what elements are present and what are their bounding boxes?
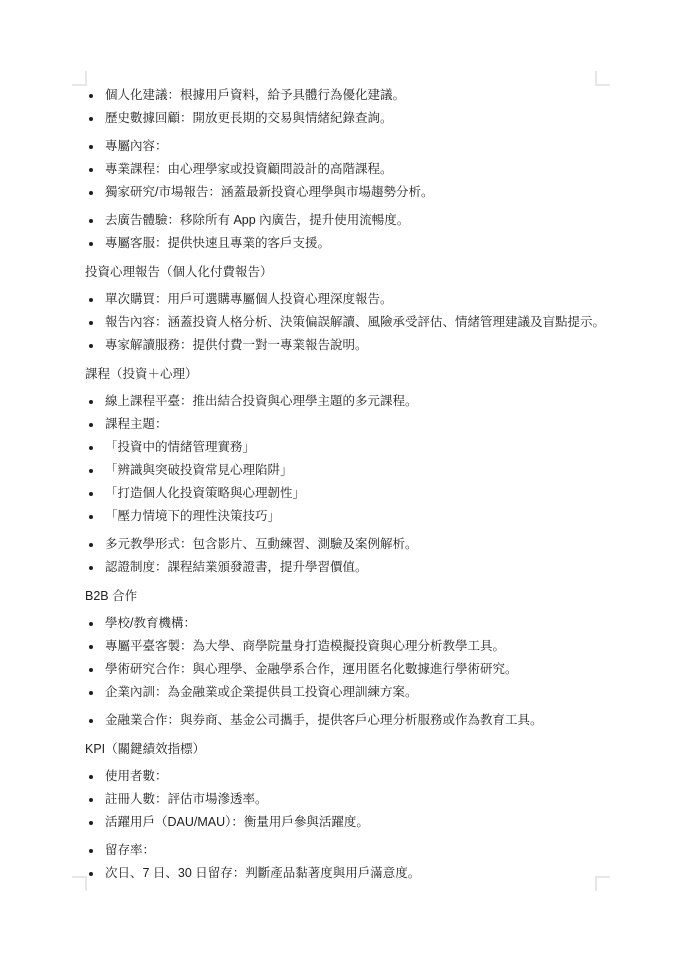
list-item-text: 專屬客服：提供快速且專業的客戶支援。: [105, 232, 330, 255]
crop-mark-bottom-right-icon: [595, 876, 610, 891]
list-item-text: 專屬內容：: [105, 135, 168, 158]
list-item: 學校/教育機構：: [85, 612, 597, 635]
bullet-icon: [89, 543, 93, 547]
list-item: 「投資中的情緒管理實務」: [85, 436, 597, 459]
list-item-text: 認證制度：課程結業頒發證書，提升學習價值。: [105, 556, 368, 579]
bullet-icon: [89, 145, 93, 149]
bullet-icon: [89, 719, 93, 723]
bullet-icon: [89, 515, 93, 519]
section-heading: KPI（關鍵績效指標）: [85, 738, 597, 761]
list-item-text: 專家解讀服務：提供付費一對一專業報告說明。: [105, 334, 368, 357]
list-item-text: 活躍用戶（DAU/MAU）：衡量用戶參與活躍度。: [105, 811, 369, 834]
list-item-text: 報告內容：涵蓋投資人格分析、決策偏誤解讀、風險承受評估、情緒管理建議及盲點提示。: [105, 311, 605, 334]
crop-mark-top-right-icon: [595, 71, 610, 86]
bullet-icon: [89, 400, 93, 404]
list-item: 報告內容：涵蓋投資人格分析、決策偏誤解讀、風險承受評估、情緒管理建議及盲點提示。: [85, 311, 597, 334]
list-item-text: 獨家研究/市場報告：涵蓋最新投資心理學與市場趨勢分析。: [105, 181, 433, 204]
list-item: 線上課程平臺：推出結合投資與心理學主題的多元課程。: [85, 390, 597, 413]
bullet-icon: [89, 775, 93, 779]
list-item-text: 多元教學形式：包含影片、互動練習、測驗及案例解析。: [105, 533, 418, 556]
document-content: 個人化建議：根據用戶資料，給予具體行為優化建議。歷史數據回顧：開放更長期的交易與…: [85, 84, 597, 885]
bullet-icon: [89, 117, 93, 121]
bullet-group: 學校/教育機構：專屬平臺客製：為大學、商學院量身打造模擬投資與心理分析教學工具。…: [85, 612, 597, 704]
bullet-icon: [89, 298, 93, 302]
list-item: 歷史數據回顧：開放更長期的交易與情緒紀錄查詢。: [85, 107, 597, 130]
list-item-text: 「投資中的情緒管理實務」: [105, 436, 255, 459]
bullet-icon: [89, 849, 93, 853]
bullet-icon: [89, 219, 93, 223]
list-item: 「辨識與突破投資常見心理陷阱」: [85, 459, 597, 482]
document-section: 課程（投資＋心理）線上課程平臺：推出結合投資與心理學主題的多元課程。課程主題：「…: [85, 363, 597, 579]
bullet-icon: [89, 321, 93, 325]
bullet-icon: [89, 168, 93, 172]
list-item-text: 留存率：: [105, 839, 155, 862]
list-item-text: 線上課程平臺：推出結合投資與心理學主題的多元課程。: [105, 390, 418, 413]
list-item: 「壓力情境下的理性決策技巧」: [85, 505, 597, 528]
document-section: 投資心理報告（個人化付費報告）單次購買：用戶可選購專屬個人投資心理深度報告。報告…: [85, 261, 597, 357]
list-item: 企業內訓：為金融業或企業提供員工投資心理訓練方案。: [85, 681, 597, 704]
list-item: 註冊人數：評估市場滲透率。: [85, 788, 597, 811]
list-item-text: 金融業合作：與券商、基金公司攜手，提供客戶心理分析服務或作為教育工具。: [105, 709, 543, 732]
bullet-group: 金融業合作：與券商、基金公司攜手，提供客戶心理分析服務或作為教育工具。: [85, 709, 597, 732]
list-item-text: 「打造個人化投資策略與心理韌性」: [105, 482, 305, 505]
list-item-text: 去廣告體驗：移除所有 App 內廣告，提升使用流暢度。: [105, 209, 409, 232]
list-item: 次日、7 日、30 日留存：判斷產品黏著度與用戶滿意度。: [85, 862, 597, 885]
bullet-group: 線上課程平臺：推出結合投資與心理學主題的多元課程。課程主題：「投資中的情緒管理實…: [85, 390, 597, 528]
document-page: 個人化建議：根據用戶資料，給予具體行為優化建議。歷史數據回顧：開放更長期的交易與…: [0, 0, 679, 960]
list-item-text: 歷史數據回顧：開放更長期的交易與情緒紀錄查詢。: [105, 107, 393, 130]
list-item: 專屬客服：提供快速且專業的客戶支援。: [85, 232, 597, 255]
bullet-group: 專屬內容：專業課程：由心理學家或投資顧問設計的高階課程。獨家研究/市場報告：涵蓋…: [85, 135, 597, 204]
list-item-text: 註冊人數：評估市場滲透率。: [105, 788, 268, 811]
list-item-text: 單次購買：用戶可選購專屬個人投資心理深度報告。: [105, 288, 393, 311]
bullet-icon: [89, 492, 93, 496]
list-item-text: 個人化建議：根據用戶資料，給予具體行為優化建議。: [105, 84, 405, 107]
bullet-icon: [89, 668, 93, 672]
list-item: 多元教學形式：包含影片、互動練習、測驗及案例解析。: [85, 533, 597, 556]
bullet-group: 單次購買：用戶可選購專屬個人投資心理深度報告。報告內容：涵蓋投資人格分析、決策偏…: [85, 288, 597, 357]
bullet-icon: [89, 94, 93, 98]
bullet-group: 使用者數：註冊人數：評估市場滲透率。活躍用戶（DAU/MAU）：衡量用戶參與活躍…: [85, 765, 597, 834]
list-item: 認證制度：課程結業頒發證書，提升學習價值。: [85, 556, 597, 579]
list-item-text: 專業課程：由心理學家或投資顧問設計的高階課程。: [105, 158, 393, 181]
bullet-icon: [89, 344, 93, 348]
section-heading: 課程（投資＋心理）: [85, 363, 597, 386]
list-item: 專家解讀服務：提供付費一對一專業報告說明。: [85, 334, 597, 357]
bullet-group: 去廣告體驗：移除所有 App 內廣告，提升使用流暢度。專屬客服：提供快速且專業的…: [85, 209, 597, 255]
section-heading: B2B 合作: [85, 585, 597, 608]
list-item: 個人化建議：根據用戶資料，給予具體行為優化建議。: [85, 84, 597, 107]
list-item-text: 企業內訓：為金融業或企業提供員工投資心理訓練方案。: [105, 681, 418, 704]
list-item: 留存率：: [85, 839, 597, 862]
bullet-icon: [89, 191, 93, 195]
bullet-icon: [89, 566, 93, 570]
list-item-text: 「辨識與突破投資常見心理陷阱」: [105, 459, 293, 482]
bullet-icon: [89, 798, 93, 802]
list-item-text: 課程主題：: [105, 413, 168, 436]
list-item: 專業課程：由心理學家或投資顧問設計的高階課程。: [85, 158, 597, 181]
list-item: 去廣告體驗：移除所有 App 內廣告，提升使用流暢度。: [85, 209, 597, 232]
bullet-icon: [89, 423, 93, 427]
list-item: 獨家研究/市場報告：涵蓋最新投資心理學與市場趨勢分析。: [85, 181, 597, 204]
list-item-text: 學術研究合作：與心理學、金融學系合作，運用匿名化數據進行學術研究。: [105, 658, 518, 681]
list-item: 「打造個人化投資策略與心理韌性」: [85, 482, 597, 505]
bullet-group: 多元教學形式：包含影片、互動練習、測驗及案例解析。認證制度：課程結業頒發證書，提…: [85, 533, 597, 579]
bullet-icon: [89, 622, 93, 626]
list-item-text: 專屬平臺客製：為大學、商學院量身打造模擬投資與心理分析教學工具。: [105, 635, 505, 658]
list-item: 單次購買：用戶可選購專屬個人投資心理深度報告。: [85, 288, 597, 311]
bullet-icon: [89, 821, 93, 825]
list-item: 金融業合作：與券商、基金公司攜手，提供客戶心理分析服務或作為教育工具。: [85, 709, 597, 732]
list-item: 活躍用戶（DAU/MAU）：衡量用戶參與活躍度。: [85, 811, 597, 834]
list-item: 課程主題：: [85, 413, 597, 436]
list-item: 學術研究合作：與心理學、金融學系合作，運用匿名化數據進行學術研究。: [85, 658, 597, 681]
list-item-text: 次日、7 日、30 日留存：判斷產品黏著度與用戶滿意度。: [105, 862, 420, 885]
list-item-text: 學校/教育機構：: [105, 612, 196, 635]
document-section: 個人化建議：根據用戶資料，給予具體行為優化建議。歷史數據回顧：開放更長期的交易與…: [85, 84, 597, 255]
list-item: 專屬平臺客製：為大學、商學院量身打造模擬投資與心理分析教學工具。: [85, 635, 597, 658]
bullet-icon: [89, 469, 93, 473]
list-item-text: 使用者數：: [105, 765, 168, 788]
list-item: 使用者數：: [85, 765, 597, 788]
list-item: 專屬內容：: [85, 135, 597, 158]
bullet-icon: [89, 242, 93, 246]
bullet-group: 個人化建議：根據用戶資料，給予具體行為優化建議。歷史數據回顧：開放更長期的交易與…: [85, 84, 597, 130]
section-heading: 投資心理報告（個人化付費報告）: [85, 261, 597, 284]
bullet-icon: [89, 446, 93, 450]
list-item-text: 「壓力情境下的理性決策技巧」: [105, 505, 280, 528]
bullet-icon: [89, 691, 93, 695]
document-section: B2B 合作學校/教育機構：專屬平臺客製：為大學、商學院量身打造模擬投資與心理分…: [85, 585, 597, 732]
bullet-icon: [89, 872, 93, 876]
bullet-icon: [89, 645, 93, 649]
bullet-group: 留存率：次日、7 日、30 日留存：判斷產品黏著度與用戶滿意度。: [85, 839, 597, 885]
document-section: KPI（關鍵績效指標）使用者數：註冊人數：評估市場滲透率。活躍用戶（DAU/MA…: [85, 738, 597, 885]
